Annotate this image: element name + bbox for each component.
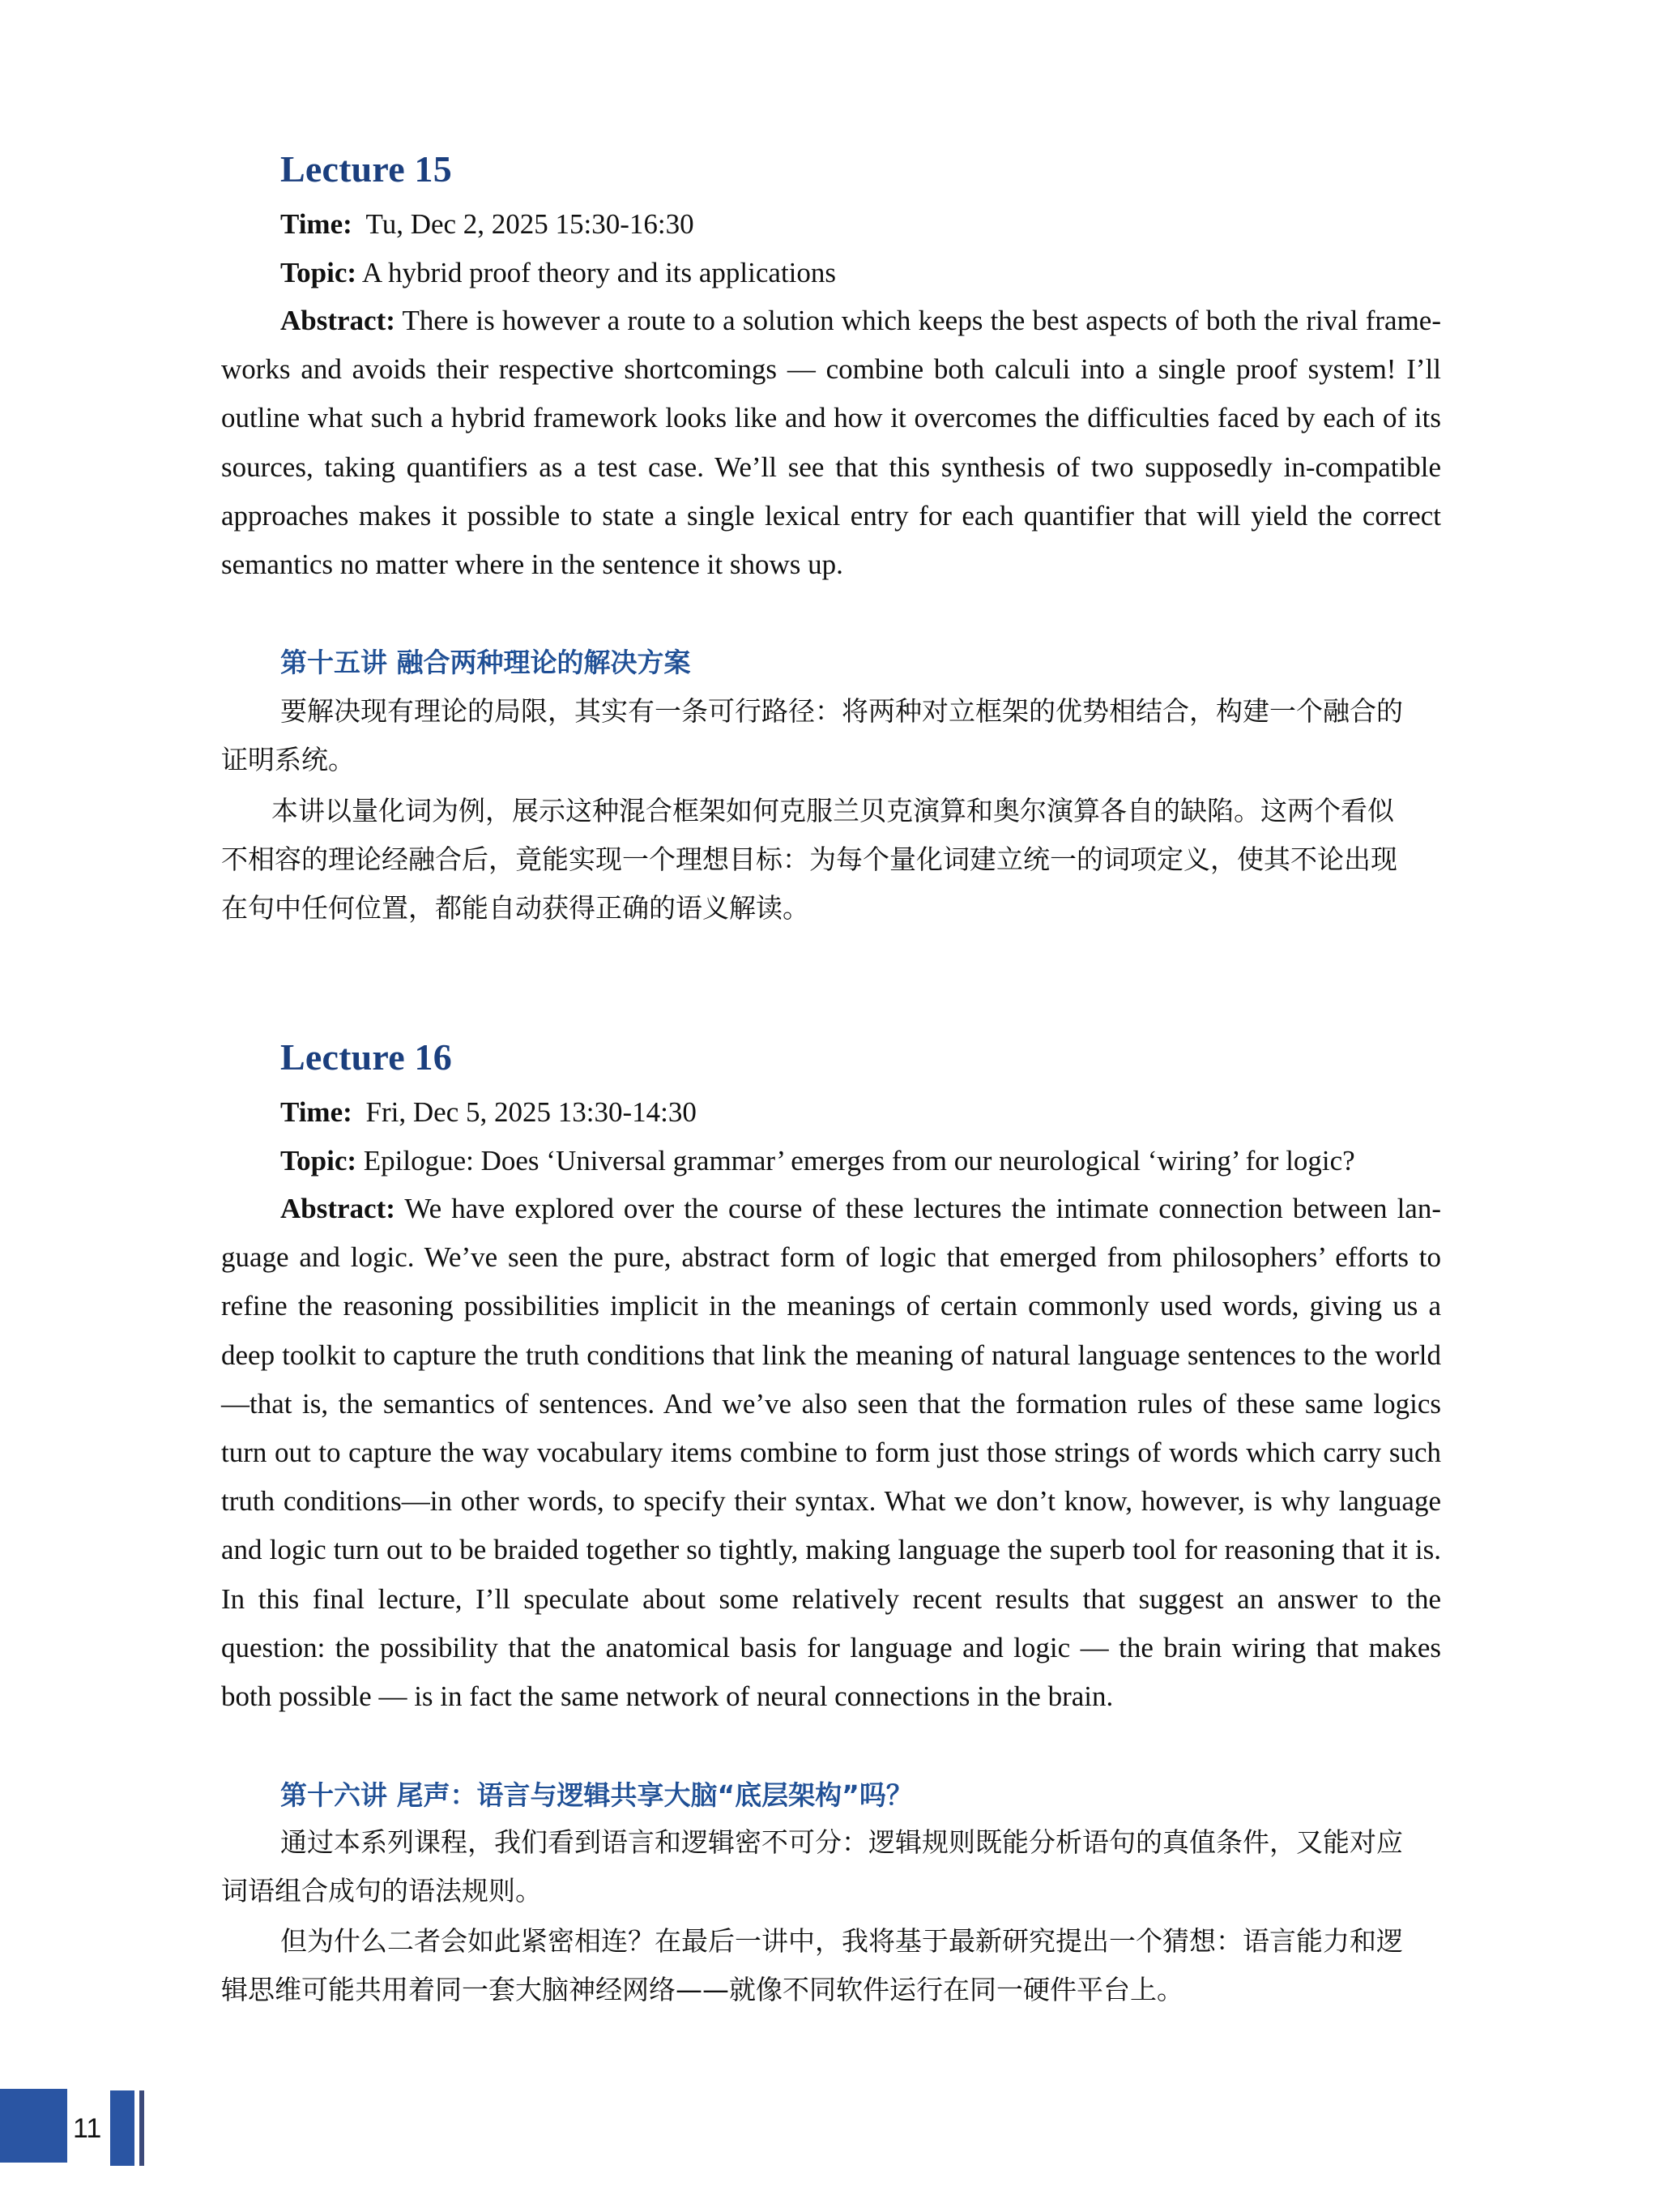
chinese-title: 第十六讲 尾声：语言与逻辑共享大脑“底层架构”吗？ (280, 1782, 913, 1808)
time-value: Tu, Dec 2, 2025 15:30-16:30 (366, 208, 694, 240)
chinese-paragraph: 通过本系列课程，我们看到语言和逻辑密不可分：逻辑规则既能分析语句的真值条件，又能… (221, 1818, 1420, 1915)
chinese-paragraph: 但为什么二者会如此紧密相连？在最后一讲中，我将基于最新研究提出一个猜想：语言能力… (221, 1917, 1420, 2014)
lecture-topic: Topic: Epilogue: Does ‘Universal grammar… (280, 1147, 1355, 1175)
page-number: 11 (73, 2115, 101, 2142)
abstract-label: Abstract: (280, 1193, 395, 1224)
lecture-topic: Topic: A hybrid proof theory and its app… (280, 258, 836, 287)
topic-value: A hybrid proof theory and its applicatio… (362, 257, 836, 288)
time-value: Fri, Dec 5, 2025 13:30-14:30 (366, 1096, 697, 1128)
topic-label: Topic: (280, 257, 356, 288)
lecture-time: Time: Fri, Dec 5, 2025 13:30-14:30 (280, 1098, 697, 1126)
topic-label: Topic: (280, 1145, 356, 1176)
lecture-time: Time: Tu, Dec 2, 2025 15:30-16:30 (280, 210, 694, 238)
abstract-text: We have explored over the course of thes… (221, 1193, 1441, 1712)
chinese-title: 第十五讲 融合两种理论的解决方案 (280, 649, 691, 676)
chinese-paragraph: 要解决现有理论的局限，其实有一条可行路径：将两种对立框架的优势相结合，构建一个融… (221, 687, 1420, 784)
lecture-abstract: Abstract: There is however a route to a … (221, 297, 1441, 589)
chinese-paragraph: 本讲以量化词为例，展示这种混合框架如何克服兰贝克演算和奥尔演算各自的缺陷。这两个… (221, 787, 1420, 933)
footer-accent-bar (110, 2090, 134, 2166)
abstract-label: Abstract: (280, 305, 395, 336)
document-page: Lecture 15 Time: Tu, Dec 2, 2025 15:30-1… (0, 0, 1659, 2212)
lecture-title: Lecture 16 (280, 1039, 452, 1076)
topic-value: Epilogue: Does ‘Universal grammar’ emerg… (364, 1145, 1355, 1176)
footer-accent-bar (0, 2089, 67, 2163)
lecture-title: Lecture 15 (280, 151, 452, 188)
abstract-text: There is however a route to a solution w… (221, 305, 1441, 580)
time-label: Time: (280, 1096, 352, 1128)
time-label: Time: (280, 208, 352, 240)
footer-accent-line (139, 2090, 144, 2166)
lecture-abstract: Abstract: We have explored over the cour… (221, 1185, 1441, 1721)
